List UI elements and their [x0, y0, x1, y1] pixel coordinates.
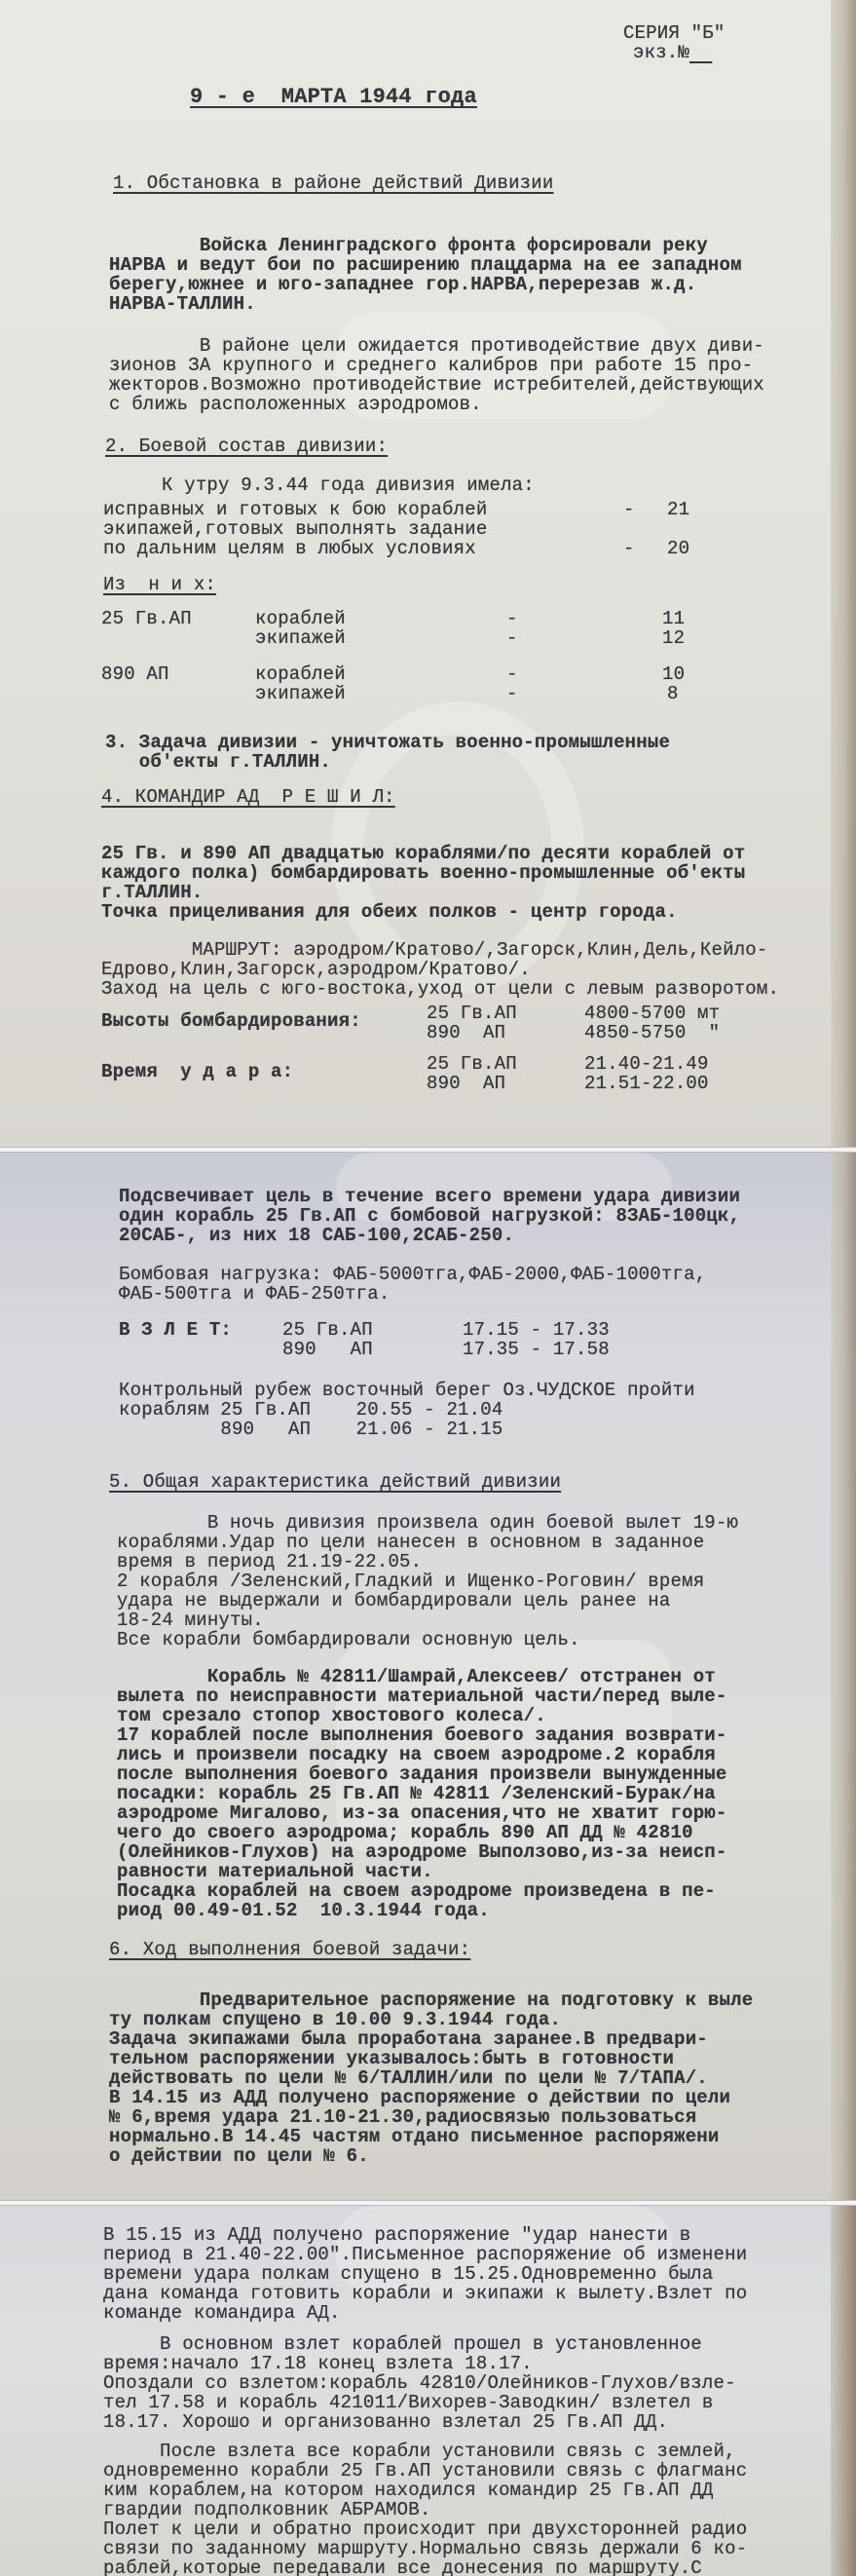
takeoff-unit: 890 АП: [282, 1340, 373, 1359]
section-4-para-line: каждого полка) бомбардировать военно-про…: [101, 863, 745, 883]
section-1-para-1-line-3: берегу,южнее и юго-западнее гор.НАРВА,пе…: [109, 275, 696, 294]
section-6-para-line: ту полкам спущено в 10.00 9.3.1944 года.: [109, 2010, 561, 2029]
page-3-para-3-line: одновременно корабли 25 Гв.АП установили…: [103, 2461, 747, 2481]
page-3-para-1-line: В 15.15 из АДД получено распоряжение "уд…: [103, 2225, 690, 2245]
section-6-para-line: действовать по цели № 6/ТАЛЛИН/или по це…: [109, 2068, 708, 2088]
takeoff-label: В З Л Е Т:: [119, 1320, 232, 1340]
illumination-line: один корабль 25 Гв.АП с бомбовой нагрузк…: [119, 1206, 740, 1226]
route-line: Заход на цель с юго-востока,уход от цели…: [101, 979, 779, 999]
page-3-para-2-line: тел 17.58 и корабль 421011/Вихорев-Завод…: [103, 2393, 714, 2412]
page-3-para-3-line: раблей,которые передавали все донесения …: [103, 2558, 702, 2576]
illumination-line: Подсвечивает цель в течение всего времен…: [119, 1187, 740, 1206]
page-3-para-3-line: После взлета все корабли установили связ…: [103, 2442, 736, 2461]
section-5-para-2-line: равности материальной части.: [117, 1862, 433, 1881]
section-3-line-2: об'екты г.ТАЛЛИН.: [105, 752, 331, 772]
takeoff-unit: 25 Гв.АП: [282, 1320, 373, 1340]
section-4-para-line: г.ТАЛЛИН.: [101, 883, 203, 902]
page-3-para-1-line: период в 21.40-22.00".Письменное распоря…: [103, 2245, 747, 2264]
readiness-row-value: 21: [667, 500, 689, 519]
section-5-para-2-line: после выполнения боевого задания произве…: [117, 1764, 727, 1784]
page-3-para-2-line: 18.17. Хорошо и организованно взлетал 25…: [103, 2412, 668, 2432]
checkpoint-line: кораблям 25 Гв.АП 20.55 - 21.04: [119, 1400, 502, 1420]
document-page-2: Подсвечивает цель в течение всего времен…: [0, 1153, 856, 2200]
page-edge: [831, 1153, 856, 2200]
date-title: 9 - е МАРТА 1944 года: [190, 88, 477, 107]
section-5-para-1-line: удара не выдержали и бомбардировали цель…: [117, 1591, 671, 1610]
section-1-para-2-line-1: В районе цели ожидается противодействие …: [109, 336, 764, 356]
strike-unit: 25 Гв.АП: [427, 1054, 517, 1074]
section-1-para-2-line-3: жекторов.Возможно противодействие истреб…: [109, 375, 764, 395]
document-page-3: В 15.15 из АДД получено распоряжение "уд…: [0, 2206, 856, 2576]
section-5-para-2-line: риод 00.49-01.52 10.3.1944 года.: [117, 1901, 490, 1920]
section-5-para-1-line: Все корабли бомбардировали основную цель…: [117, 1630, 580, 1649]
section-5-para-2-line: (Олейников-Глухов) на аэродроме Выползов…: [117, 1842, 727, 1862]
section-6-para-line: В 14.15 из АДД получено распоряжение о д…: [109, 2088, 730, 2107]
section-4-para-line: 25 Гв. и 890 АП двадцатью кораблями/по д…: [101, 844, 745, 863]
section-4-para-line: Точка прицеливания для обеих полков - це…: [101, 902, 678, 922]
page-3-para-3-line: связи по заданному маршруту.Нормально св…: [103, 2539, 747, 2558]
section-1-para-1-line-4: НАРВА-ТАЛЛИН.: [109, 294, 256, 314]
unit-item-label: экипажей: [255, 684, 346, 703]
section-5-para-1-line: кораблями.Удар по цели нанесен в основно…: [117, 1533, 704, 1552]
section-6-para-line: Задача экипажами была проработана заране…: [109, 2029, 708, 2049]
checkpoint-line: Контрольный рубеж восточный берег Оз.ЧУД…: [119, 1381, 695, 1400]
section-5-para-2-line: Корабль № 42811/Шамрай,Алексеев/ отстран…: [117, 1667, 716, 1686]
series-label: СЕРИЯ "Б": [623, 23, 725, 43]
unit-item-dash: -: [506, 664, 518, 684]
readiness-row-label: по дальним целям в любых условиях: [103, 539, 476, 558]
section-6-para-line: тельном распоряжении указывалось:быть в …: [109, 2049, 674, 2068]
section-6-para-line: нормально.В 14.45 частям отдано письменн…: [109, 2127, 720, 2146]
page-3-para-1-line: команде командира АД.: [103, 2303, 341, 2323]
section-5-para-1-line: время в период 21.19-22.05.: [117, 1552, 422, 1572]
of-them-label: Из н и х:: [103, 575, 216, 594]
unit-item-value: 10: [662, 664, 685, 684]
section-6-para-line: № 6,время удара 21.10-21.30,радиосвязью …: [109, 2107, 696, 2127]
readiness-row-value: 20: [667, 539, 689, 558]
copy-number-label: экз.№: [633, 43, 712, 62]
section-1-heading: 1. Обстановка в районе действий Дивизии: [113, 173, 553, 193]
page-edge: [831, 0, 856, 1147]
illumination-line: 20САБ-, из них 18 САБ-100,2САБ-250.: [119, 1226, 514, 1245]
unit-name: 25 Гв.АП: [101, 609, 192, 628]
section-5-para-2-line: посадки: корабль 25 Гв.АП № 42811 /Зелен…: [117, 1784, 716, 1803]
bomb-load-line: ФАБ-500тга и ФАБ-250тга.: [119, 1284, 390, 1304]
takeoff-time: 17.35 - 17.58: [463, 1340, 610, 1359]
page-3-para-1-line: времени удара полкам спущено в 15.25.Одн…: [103, 2264, 714, 2284]
section-5-para-2-line: Посадка кораблей на своем аэродроме прои…: [117, 1881, 716, 1901]
unit-item-label: кораблей: [255, 609, 346, 628]
page-3-para-2-line: В основном взлет кораблей прошел в устан…: [103, 2334, 702, 2354]
altitude-unit: 890 АП: [427, 1023, 505, 1042]
section-1-para-2-line-4: с ближь расположенных аэродромов.: [109, 395, 482, 414]
section-5-para-2-line: чего до своего аэродрома; корабль 890 АП…: [117, 1823, 693, 1842]
page-3-para-2-line: время:начало 17.18 конец взлета 18.17.: [103, 2354, 533, 2373]
section-5-para-1-line: В ночь дивизия произвела один боевой выл…: [117, 1513, 738, 1533]
readiness-row-label: экипажей,готовых выполнять задание: [103, 519, 487, 539]
section-5-heading: 5. Общая характеристика действий дивизии: [109, 1472, 561, 1492]
section-6-para-line: Предварительное распоряжение на подготов…: [109, 1990, 753, 2010]
route-line: МАРШРУТ: аэродром/Кратово/,Загорск,Клин,…: [101, 940, 768, 960]
section-5-para-2-line: аэродроме Мигалово, из-за опасения,что н…: [117, 1803, 727, 1823]
section-6-heading: 6. Ход выполнения боевой задачи:: [109, 1940, 470, 1959]
altitude-value: 4850-5750 ": [584, 1023, 720, 1042]
strike-unit: 890 АП: [427, 1074, 505, 1093]
section-5-para-1-line: 2 корабля /Зеленский,Гладкий и Ищенко-Ро…: [117, 1572, 704, 1591]
bomb-load-line: Бомбовая нагрузка: ФАБ-5000тга,ФАБ-2000,…: [119, 1265, 706, 1284]
section-1-para-1-line-2: НАРВА и ведут бои по расширению плацдарм…: [109, 255, 742, 275]
section-2-heading: 2. Боевой состав дивизии:: [105, 436, 388, 456]
strike-time-value: 21.51-22.00: [584, 1074, 709, 1093]
section-5-para-2-line: 17 кораблей после выполнения боевого зад…: [117, 1725, 727, 1745]
unit-item-dash: -: [506, 609, 518, 628]
section-2-intro: К утру 9.3.44 года дивизия имела:: [105, 475, 535, 495]
altitude-label: Высоты бомбардирования:: [101, 1011, 361, 1031]
page-edge: [831, 2206, 856, 2576]
unit-item-dash: -: [506, 628, 518, 648]
altitude-unit: 25 Гв.АП: [427, 1004, 517, 1023]
page-3-para-1-line: дана команда готовить корабли и экипажи …: [103, 2284, 747, 2303]
readiness-row-dash: -: [623, 539, 635, 558]
route-line: Едрово,Клин,Загорск,аэродром/Кратово/.: [101, 960, 531, 979]
unit-item-label: экипажей: [255, 628, 346, 648]
checkpoint-line: 890 АП 21.06 - 21.15: [119, 1420, 502, 1439]
page-3-para-3-line: ким кораблем,на котором находился команд…: [103, 2481, 714, 2500]
section-1-para-2-line-2: зионов ЗА крупного и среднего калибров п…: [109, 356, 753, 375]
page-3-para-3-line: Полет к цели и обратно происходит при дв…: [103, 2519, 747, 2539]
section-6-para-line: о действии по цели № 6.: [109, 2146, 369, 2166]
section-5-para-2-line: вылета по неисправности материальной час…: [117, 1686, 727, 1706]
altitude-value: 4800-5700 мт: [584, 1004, 720, 1023]
readiness-row-label: исправных и готовых к бою кораблей: [103, 500, 487, 519]
unit-name: 890 АП: [101, 664, 169, 684]
section-1-para-1-line-1: Войска Ленинградского фронта форсировали…: [109, 236, 708, 255]
strike-time-value: 21.40-21.49: [584, 1054, 709, 1074]
unit-item-value: 12: [662, 628, 685, 648]
unit-item-value: 8: [667, 684, 679, 703]
unit-item-dash: -: [506, 684, 518, 703]
section-4-heading: 4. КОМАНДИР АД Р Е Ш И Л:: [101, 787, 395, 807]
section-5-para-2-line: лись и произвели посадку на своем аэродр…: [117, 1745, 716, 1764]
unit-item-label: кораблей: [255, 664, 346, 684]
section-5-para-2-line: том срезало стопор хвостового колеса/.: [117, 1706, 546, 1725]
section-5-para-1-line: 18-24 минуты.: [117, 1610, 264, 1630]
unit-item-value: 11: [662, 609, 685, 628]
section-3-line-1: 3. Задача дивизии - уничтожать военно-пр…: [105, 733, 670, 752]
document-page-1: СЕРИЯ "Б" экз.№ 9 - е МАРТА 1944 года 1.…: [0, 0, 856, 1147]
takeoff-time: 17.15 - 17.33: [463, 1320, 610, 1340]
strike-time-label: Время у д а р а:: [101, 1062, 293, 1081]
readiness-row-dash: -: [623, 500, 635, 519]
page-3-para-2-line: Опоздали со взлетом:корабль 42810/Олейни…: [103, 2373, 736, 2393]
page-3-para-3-line: гвардии подполковник АБРАМОВ.: [103, 2500, 430, 2519]
